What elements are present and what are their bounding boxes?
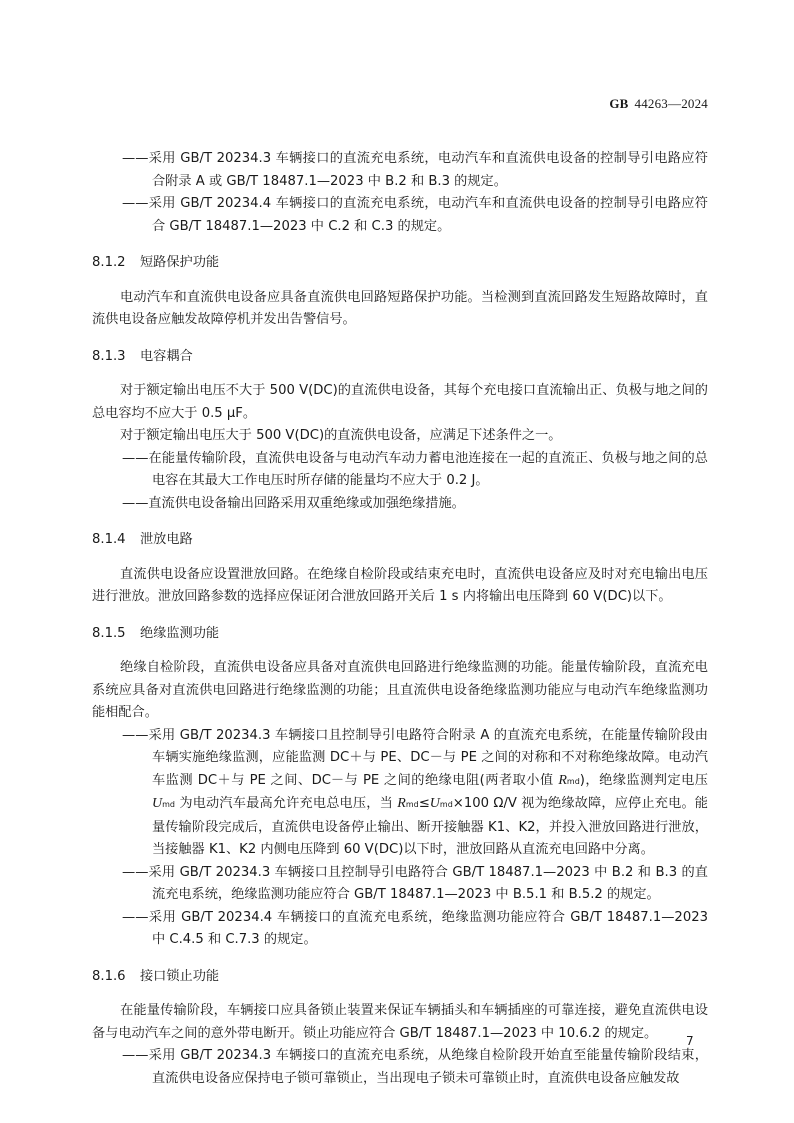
- section-heading-8-1-5: 8.1.5绝缘监测功能: [92, 623, 708, 646]
- symbol-r: R: [558, 773, 567, 788]
- document-header: GB44263—2024: [609, 96, 708, 112]
- section-title: 电容耦合: [140, 349, 193, 364]
- symbol-u: U: [152, 796, 162, 811]
- list-item: ——采用 GB/T 20234.3 车辆接口的直流充电系统，从绝缘自检阶段开始直…: [92, 1045, 708, 1090]
- paragraph: 直流供电设备应设置泄放回路。在绝缘自检阶段或结束充电时，直流供电设备应及时对充电…: [92, 564, 708, 609]
- list-item: ——采用 GB/T 20234.4 车辆接口的直流充电系统，电动汽车和直流供电设…: [92, 193, 708, 238]
- paragraph: 在能量传输阶段，车辆接口应具备锁止装置来保证车辆插头和车辆插座的可靠连接，避免直…: [92, 1000, 708, 1045]
- text-run: )，绝缘监测判定电压: [580, 773, 708, 788]
- subscript: md: [440, 800, 453, 809]
- paragraph: 对于额定输出电压大于 500 V(DC)的直流供电设备，应满足下述条件之一。: [92, 425, 708, 448]
- section-number: 8.1.3: [92, 346, 140, 369]
- section-heading-8-1-6: 8.1.6接口锁止功能: [92, 966, 708, 989]
- section-number: 8.1.6: [92, 966, 140, 989]
- text-run: ≤: [419, 796, 430, 811]
- paragraph: 绝缘自检阶段，直流供电设备应具备对直流供电回路进行绝缘监测的功能。能量传输阶段，…: [92, 657, 708, 725]
- subscript: md: [406, 800, 419, 809]
- section-title: 接口锁止功能: [140, 969, 219, 984]
- standard-code: 44263—2024: [635, 96, 709, 111]
- list-item: ——采用 GB/T 20234.4 车辆接口的直流充电系统，绝缘监测功能应符合 …: [92, 907, 708, 952]
- section-heading-8-1-2: 8.1.2短路保护功能: [92, 252, 708, 275]
- section-title: 短路保护功能: [140, 255, 219, 270]
- paragraph: 对于额定输出电压不大于 500 V(DC)的直流供电设备，其每个充电接口直流输出…: [92, 380, 708, 425]
- section-number: 8.1.2: [92, 252, 140, 275]
- symbol-u: U: [430, 796, 440, 811]
- list-item: ——采用 GB/T 20234.3 车辆接口且控制导引电路符合附录 A 的直流充…: [92, 725, 708, 862]
- document-body: ——采用 GB/T 20234.3 车辆接口的直流充电系统，电动汽车和直流供电设…: [92, 148, 708, 1090]
- text-run: 为电动汽车最高允许充电总电压，当: [175, 796, 397, 811]
- list-item: ——直流供电设备输出回路采用双重绝缘或加强绝缘措施。: [92, 493, 708, 516]
- list-item: ——在能量传输阶段，直流供电设备与电动汽车动力蓄电池连接在一起的直流正、负极与地…: [92, 448, 708, 493]
- section-title: 绝缘监测功能: [140, 626, 219, 641]
- section-heading-8-1-4: 8.1.4泄放电路: [92, 529, 708, 552]
- symbol-r: R: [397, 796, 406, 811]
- list-item: ——采用 GB/T 20234.3 车辆接口且控制导引电路符合 GB/T 184…: [92, 862, 708, 907]
- paragraph: 电动汽车和直流供电设备应具备直流供电回路短路保护功能。当检测到直流回路发生短路故…: [92, 287, 708, 332]
- section-number: 8.1.5: [92, 623, 140, 646]
- subscript: md: [162, 800, 175, 809]
- section-title: 泄放电路: [140, 532, 193, 547]
- section-heading-8-1-3: 8.1.3电容耦合: [92, 346, 708, 369]
- section-number: 8.1.4: [92, 529, 140, 552]
- list-item: ——采用 GB/T 20234.3 车辆接口的直流充电系统，电动汽车和直流供电设…: [92, 148, 708, 193]
- page-number: 7: [686, 1034, 694, 1048]
- subscript: md: [567, 777, 580, 786]
- standard-prefix: GB: [609, 96, 628, 111]
